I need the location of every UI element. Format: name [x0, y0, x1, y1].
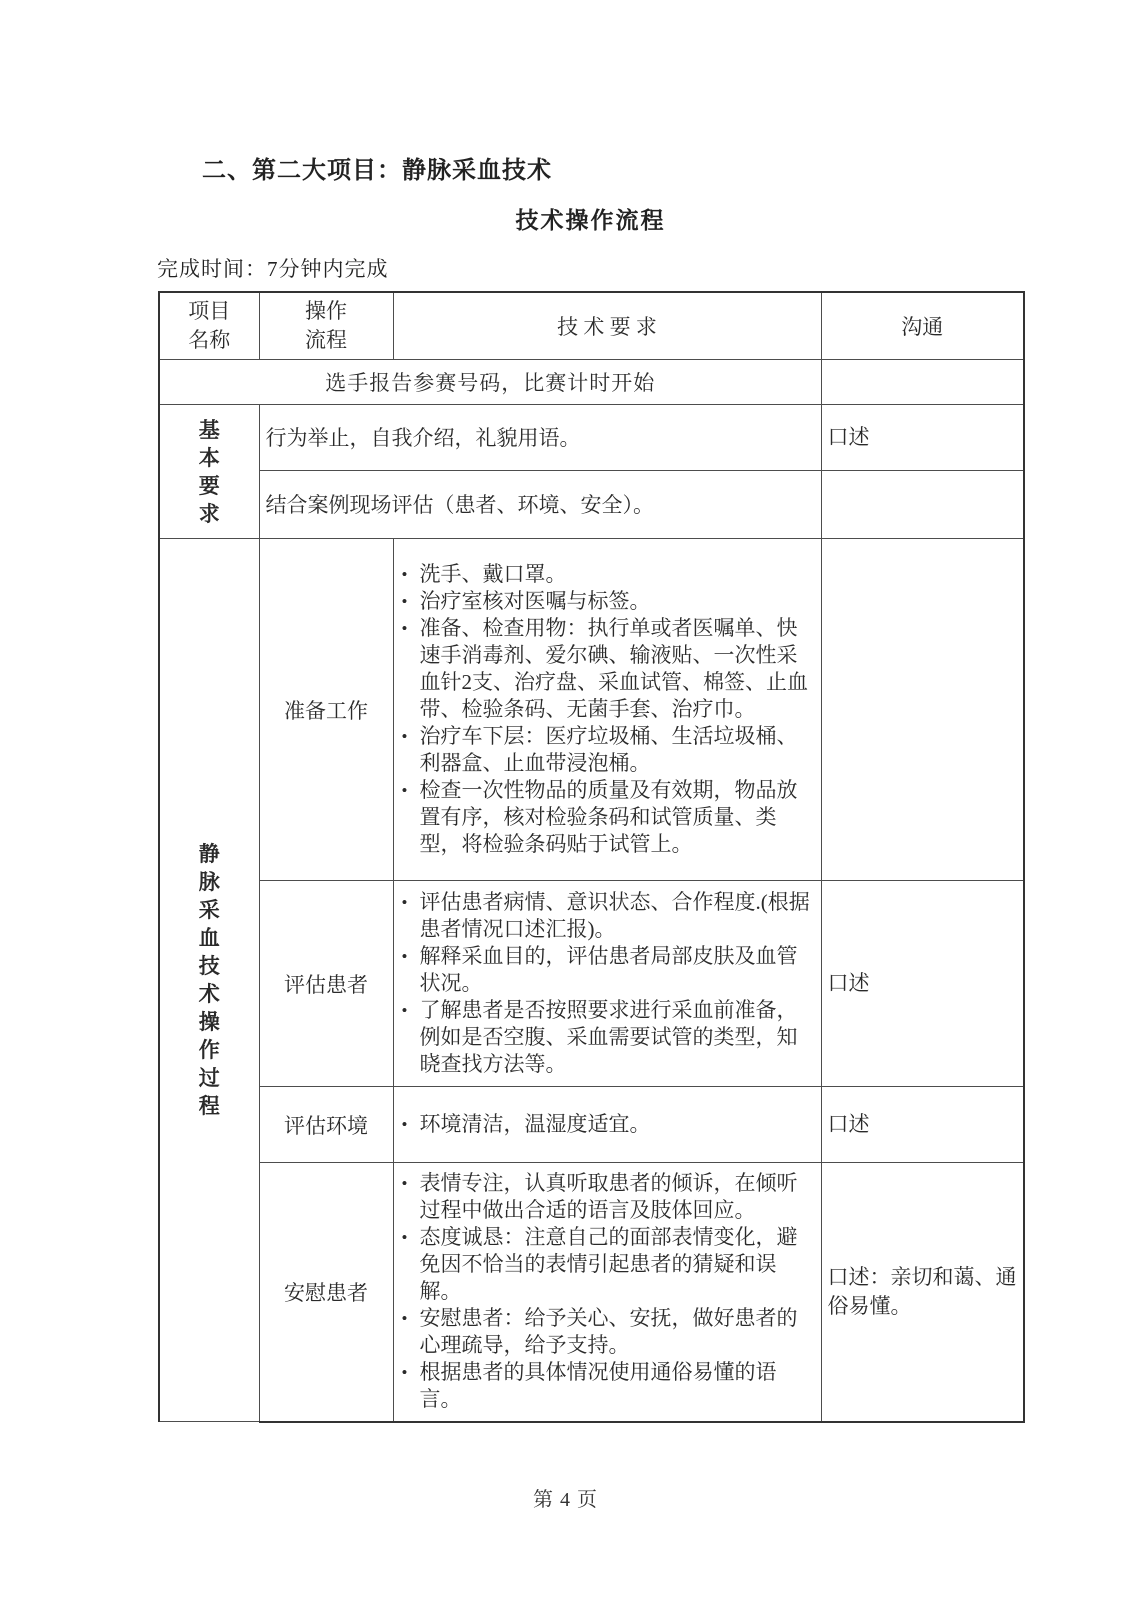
requirement-item: 根据患者的具体情况使用通俗易懂的语言。: [400, 1359, 815, 1413]
communication-comfort-patient: 口述：亲切和蔼、通俗易懂。: [821, 1163, 1024, 1422]
basic-requirement-row-1: 基本要求 行为举止，自我介绍，礼貌用语。 口述: [159, 405, 1024, 471]
requirement-item: 治疗车下层：医疗垃圾桶、生活垃圾桶、利器盒、止血带浸泡桶。: [400, 723, 815, 777]
document-page: 二、第二大项目：静脉采血技术 技术操作流程 完成时间：7分钟内完成 项目名称 操…: [0, 0, 1131, 1600]
basic-requirement-1: 行为举止，自我介绍，礼貌用语。: [259, 405, 821, 471]
header-tech-requirement: 技 术 要 求: [393, 292, 821, 360]
requirement-item: 态度诚恳：注意自己的面部表情变化，避免因不恰当的表情引起患者的猜疑和误解。: [400, 1224, 815, 1305]
start-announcement-cell: 选手报告参赛号码，比赛计时开始: [159, 360, 821, 405]
communication-assess-patient: 口述: [821, 881, 1024, 1087]
requirement-item: 检查一次性物品的质量及有效期，物品放置有序，核对检验条码和试管质量、类型，将检验…: [400, 777, 815, 858]
communication-preparation: [821, 539, 1024, 881]
communication-assess-environment: 口述: [821, 1087, 1024, 1163]
requirement-item: 环境清洁，温湿度适宜。: [400, 1111, 815, 1138]
completion-time-note: 完成时间：7分钟内完成: [157, 253, 389, 283]
start-announcement-row: 选手报告参赛号码，比赛计时开始: [159, 360, 1024, 405]
process-section-label-cell: 静脉采血技术操作过程: [159, 539, 259, 1422]
header-project-name: 项目名称: [159, 292, 259, 360]
requirements-comfort-patient: 表情专注，认真听取患者的倾诉，在倾听过程中做出合适的语言及肢体回应。 态度诚恳：…: [393, 1163, 821, 1422]
requirement-item: 洗手、戴口罩。: [400, 561, 815, 588]
step-label-preparation: 准备工作: [259, 539, 393, 881]
basic-communication-1: 口述: [821, 405, 1024, 471]
requirements-assess-patient: 评估患者病情、意识状态、合作程度.(根据患者情况口述汇报)。 解释采血目的，评估…: [393, 881, 821, 1087]
requirements-preparation: 洗手、戴口罩。 治疗室核对医嘱与标签。 准备、检查用物：执行单或者医嘱单、快速手…: [393, 539, 821, 881]
process-section-label: 静脉采血技术操作过程: [197, 840, 221, 1120]
page-number: 第 4 页: [0, 1483, 1131, 1512]
requirement-item: 解释采血目的，评估患者局部皮肤及血管状况。: [400, 943, 815, 997]
requirement-item: 了解患者是否按照要求进行采血前准备，例如是否空腹、采血需要试管的类型，知晓查找方…: [400, 997, 815, 1078]
process-row-assess-environment: 评估环境 环境清洁，温湿度适宜。 口述: [159, 1087, 1024, 1163]
basic-requirement-2: 结合案例现场评估（患者、环境、安全）。: [259, 471, 821, 539]
procedure-table-wrapper: 项目名称 操作流程 技 术 要 求 沟通 选手报告参赛号码，比赛计时开始 基本要…: [158, 291, 1025, 1423]
basic-communication-2: [821, 471, 1024, 539]
process-row-preparation: 静脉采血技术操作过程 准备工作 洗手、戴口罩。 治疗室核对医嘱与标签。 准备、检…: [159, 539, 1024, 881]
procedure-table: 项目名称 操作流程 技 术 要 求 沟通 选手报告参赛号码，比赛计时开始 基本要…: [158, 291, 1025, 1423]
process-row-comfort-patient: 安慰患者 表情专注，认真听取患者的倾诉，在倾听过程中做出合适的语言及肢体回应。 …: [159, 1163, 1024, 1422]
step-label-assess-patient: 评估患者: [259, 881, 393, 1087]
step-label-assess-environment: 评估环境: [259, 1087, 393, 1163]
section-title: 二、第二大项目：静脉采血技术: [202, 150, 552, 185]
requirement-item: 安慰患者：给予关心、安抚，做好患者的心理疏导，给予支持。: [400, 1305, 815, 1359]
basic-requirement-row-2: 结合案例现场评估（患者、环境、安全）。: [159, 471, 1024, 539]
table-header-row: 项目名称 操作流程 技 术 要 求 沟通: [159, 292, 1024, 360]
step-label-comfort-patient: 安慰患者: [259, 1163, 393, 1422]
requirement-item: 治疗室核对医嘱与标签。: [400, 588, 815, 615]
header-communication: 沟通: [821, 292, 1024, 360]
requirements-assess-environment: 环境清洁，温湿度适宜。: [393, 1087, 821, 1163]
process-row-assess-patient: 评估患者 评估患者病情、意识状态、合作程度.(根据患者情况口述汇报)。 解释采血…: [159, 881, 1024, 1087]
requirement-item: 表情专注，认真听取患者的倾诉，在倾听过程中做出合适的语言及肢体回应。: [400, 1170, 815, 1224]
header-operation-flow: 操作流程: [259, 292, 393, 360]
requirement-item: 准备、检查用物：执行单或者医嘱单、快速手消毒剂、爱尔碘、输液贴、一次性采血针2支…: [400, 615, 815, 723]
basic-requirements-label-cell: 基本要求: [159, 405, 259, 539]
basic-requirements-label: 基本要求: [197, 416, 221, 528]
document-subtitle: 技术操作流程: [158, 202, 1023, 235]
start-communication-cell: [821, 360, 1024, 405]
requirement-item: 评估患者病情、意识状态、合作程度.(根据患者情况口述汇报)。: [400, 889, 815, 943]
